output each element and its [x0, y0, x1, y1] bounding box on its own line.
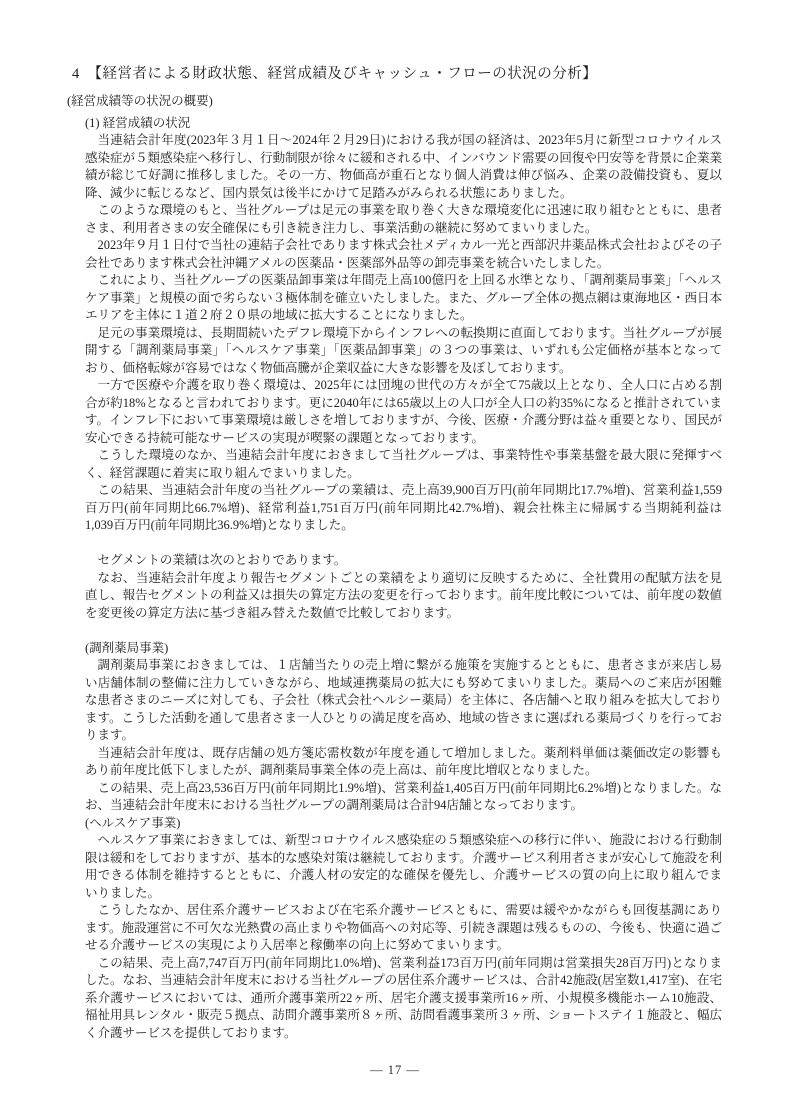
body-text-block: (1) 経営成績の状況 当連結会計年度(2023年３月１日～2024年２月29日…	[85, 115, 722, 1043]
paragraph: 調剤薬局事業におきましては、１店舗当たりの売上増に繋がる施策を実施するとともに、…	[85, 657, 722, 745]
paragraph: なお、当連結会計年度より報告セグメントごとの業績をより適切に反映するために、全社…	[85, 570, 722, 623]
paragraph: これにより、当社グループの医薬品卸事業は年間売上高100億円を上回る水準となり、…	[85, 272, 722, 325]
document-page: 4 【経営者による財政状態、経営成績及びキャッシュ・フローの状況の分析】 (経営…	[0, 0, 790, 1118]
paragraph: ヘルスケア事業におきましては、新型コロナウイルス感染症の５類感染症への移行に伴い…	[85, 832, 722, 902]
paragraph: セグメントの業績は次のとおりであります。	[85, 552, 722, 570]
blank-line	[85, 622, 722, 640]
paragraph: こうしたなか、居住系介護サービスおよび在宅系介護サービスともに、需要は緩やかなが…	[85, 902, 722, 955]
blank-line	[85, 535, 722, 553]
paragraph: 当連結会計年度は、既存店舗の処方箋応需枚数が年度を通して増加しました。薬剤料単価…	[85, 745, 722, 780]
paragraph: この結果、売上高23,536百万円(前年同期比1.9%増)、営業利益1,405百…	[85, 780, 722, 815]
segment-heading-healthcare: (ヘルスケア事業)	[85, 815, 722, 833]
paragraph: こうした環境のなか、当連結会計年度におきまして当社グループは、事業特性や事業基盤…	[85, 447, 722, 482]
overview-label: (経営成績等の状況の概要)	[67, 93, 722, 111]
segment-heading-pharmacy: (調剤薬局事業)	[85, 640, 722, 658]
section-title: 4 【経営者による財政状態、経営成績及びキャッシュ・フローの状況の分析】	[72, 64, 722, 84]
paragraph: 一方で医療や介護を取り巻く環境は、2025年には団塊の世代の方々が全て75歳以上…	[85, 377, 722, 447]
page-number: ― 17 ―	[0, 1063, 790, 1078]
paragraph: 足元の事業環境は、長期間続いたデフレ環境下からインフレへの転換期に直面しておりま…	[85, 325, 722, 378]
paragraph: 当連結会計年度(2023年３月１日～2024年２月29日)における我が国の経済は…	[85, 132, 722, 202]
paragraph: このような環境のもと、当社グループは足元の事業を取り巻く大きな環境変化に迅速に取…	[85, 202, 722, 237]
paragraph: この結果、当連結会計年度の当社グループの業績は、売上高39,900百万円(前年同…	[85, 482, 722, 535]
subsection-label: (1) 経営成績の状況	[85, 115, 722, 133]
paragraph: 2023年９月１日付で当社の連結子会社であります株式会社メディカル一光と西部沢井…	[85, 237, 722, 272]
paragraph: この結果、売上高7,747百万円(前年同期比1.0%増)、営業利益173百万円(…	[85, 955, 722, 1043]
